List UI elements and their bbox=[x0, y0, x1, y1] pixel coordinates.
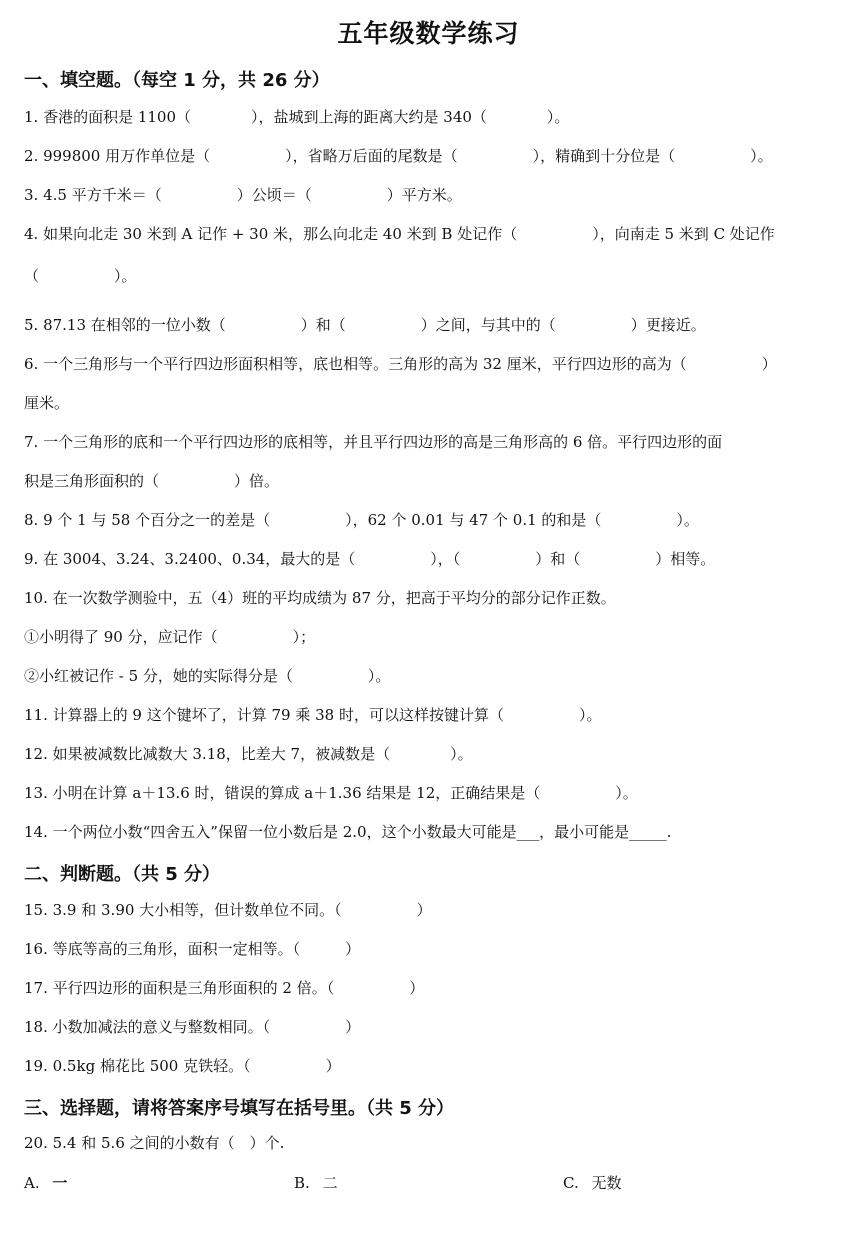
question-15: 15. 3.9 和 3.90 大小相等，但计数单位不同。（ ） bbox=[24, 900, 432, 920]
question-8: 8. 9 个 1 与 58 个百分之一的差是（ ），62 个 0.01 与 47… bbox=[24, 510, 699, 530]
question-18: 18. 小数加减法的意义与整数相同。（ ） bbox=[24, 1017, 360, 1037]
question-10-part-1: ①小明得了 90 分，应记作（ ）； bbox=[24, 627, 315, 647]
question-9: 9. 在 3004、3.24、3.2400、0.34，最大的是（ ），（ ）和（… bbox=[24, 549, 715, 569]
question-13: 13. 小明在计算 a＋13.6 时，错误的算成 a＋1.36 结果是 12，正… bbox=[24, 783, 638, 803]
question-6: 6. 一个三角形与一个平行四边形面积相等，底也相等。三角形的高为 32 厘米，平… bbox=[24, 354, 777, 374]
question-14: 14. 一个两位小数“四舍五入”保留一位小数后是 2.0，这个小数最大可能是__… bbox=[24, 822, 671, 842]
question-1: 1. 香港的面积是 1100（ ），盐城到上海的距离大约是 340（ ）。 bbox=[24, 107, 569, 127]
page-title: 五年级数学练习 bbox=[0, 14, 857, 50]
choice-b-label: B. bbox=[294, 1174, 310, 1192]
question-4: 4. 如果向北走 30 米到 A 记作 + 30 米，那么向北走 40 米到 B… bbox=[24, 224, 775, 244]
question-5: 5. 87.13 在相邻的一位小数（ ）和（ ）之间，与其中的（ ）更接近。 bbox=[24, 315, 706, 335]
question-11: 11. 计算器上的 9 这个键坏了，计算 79 乘 38 时，可以这样按键计算（… bbox=[24, 705, 601, 725]
question-3: 3. 4.5 平方千米＝（ ）公顷＝（ ）平方米。 bbox=[24, 185, 462, 205]
question-4-continued: （ ）。 bbox=[24, 266, 137, 286]
choice-b: B. 二 bbox=[294, 1172, 338, 1193]
choice-c-text: 无数 bbox=[592, 1174, 622, 1192]
choice-b-text: 二 bbox=[323, 1174, 338, 1192]
choice-c-label: C. bbox=[563, 1174, 579, 1192]
section-heading-multiple-choice: 三、选择题，请将答案序号填写在括号里。（共 5 分） bbox=[24, 1094, 454, 1120]
question-10-part-2: ②小红被记作 - 5 分，她的实际得分是（ ）。 bbox=[24, 666, 390, 686]
choice-a: A. 一 bbox=[24, 1172, 67, 1193]
question-20: 20. 5.4 和 5.6 之间的小数有（ ）个. bbox=[24, 1133, 284, 1153]
question-17: 17. 平行四边形的面积是三角形面积的 2 倍。（ ） bbox=[24, 978, 424, 998]
question-7: 7. 一个三角形的底和一个平行四边形的底相等，并且平行四边形的高是三角形高的 6… bbox=[24, 432, 722, 452]
section-heading-true-false: 二、判断题。（共 5 分） bbox=[24, 860, 220, 886]
choice-c: C. 无数 bbox=[563, 1172, 622, 1193]
choice-a-text: 一 bbox=[52, 1174, 67, 1192]
question-2: 2. 999800 用万作单位是（ ），省略万后面的尾数是（ ），精确到十分位是… bbox=[24, 146, 773, 166]
section-heading-fill-blank: 一、填空题。（每空 1 分，共 26 分） bbox=[24, 66, 330, 92]
choice-a-label: A. bbox=[24, 1174, 40, 1192]
question-7-continued: 积是三角形面积的（ ）倍。 bbox=[24, 471, 279, 491]
question-10: 10. 在一次数学测验中，五（4）班的平均成绩为 87 分，把高于平均分的部分记… bbox=[24, 588, 616, 608]
question-19: 19. 0.5kg 棉花比 500 克铁轻。（ ） bbox=[24, 1056, 341, 1076]
question-16: 16. 等底等高的三角形，面积一定相等。（ ） bbox=[24, 939, 360, 959]
question-6-continued: 厘米。 bbox=[24, 393, 69, 413]
question-12: 12. 如果被减数比减数大 3.18，比差大 7，被减数是（ ）。 bbox=[24, 744, 473, 764]
